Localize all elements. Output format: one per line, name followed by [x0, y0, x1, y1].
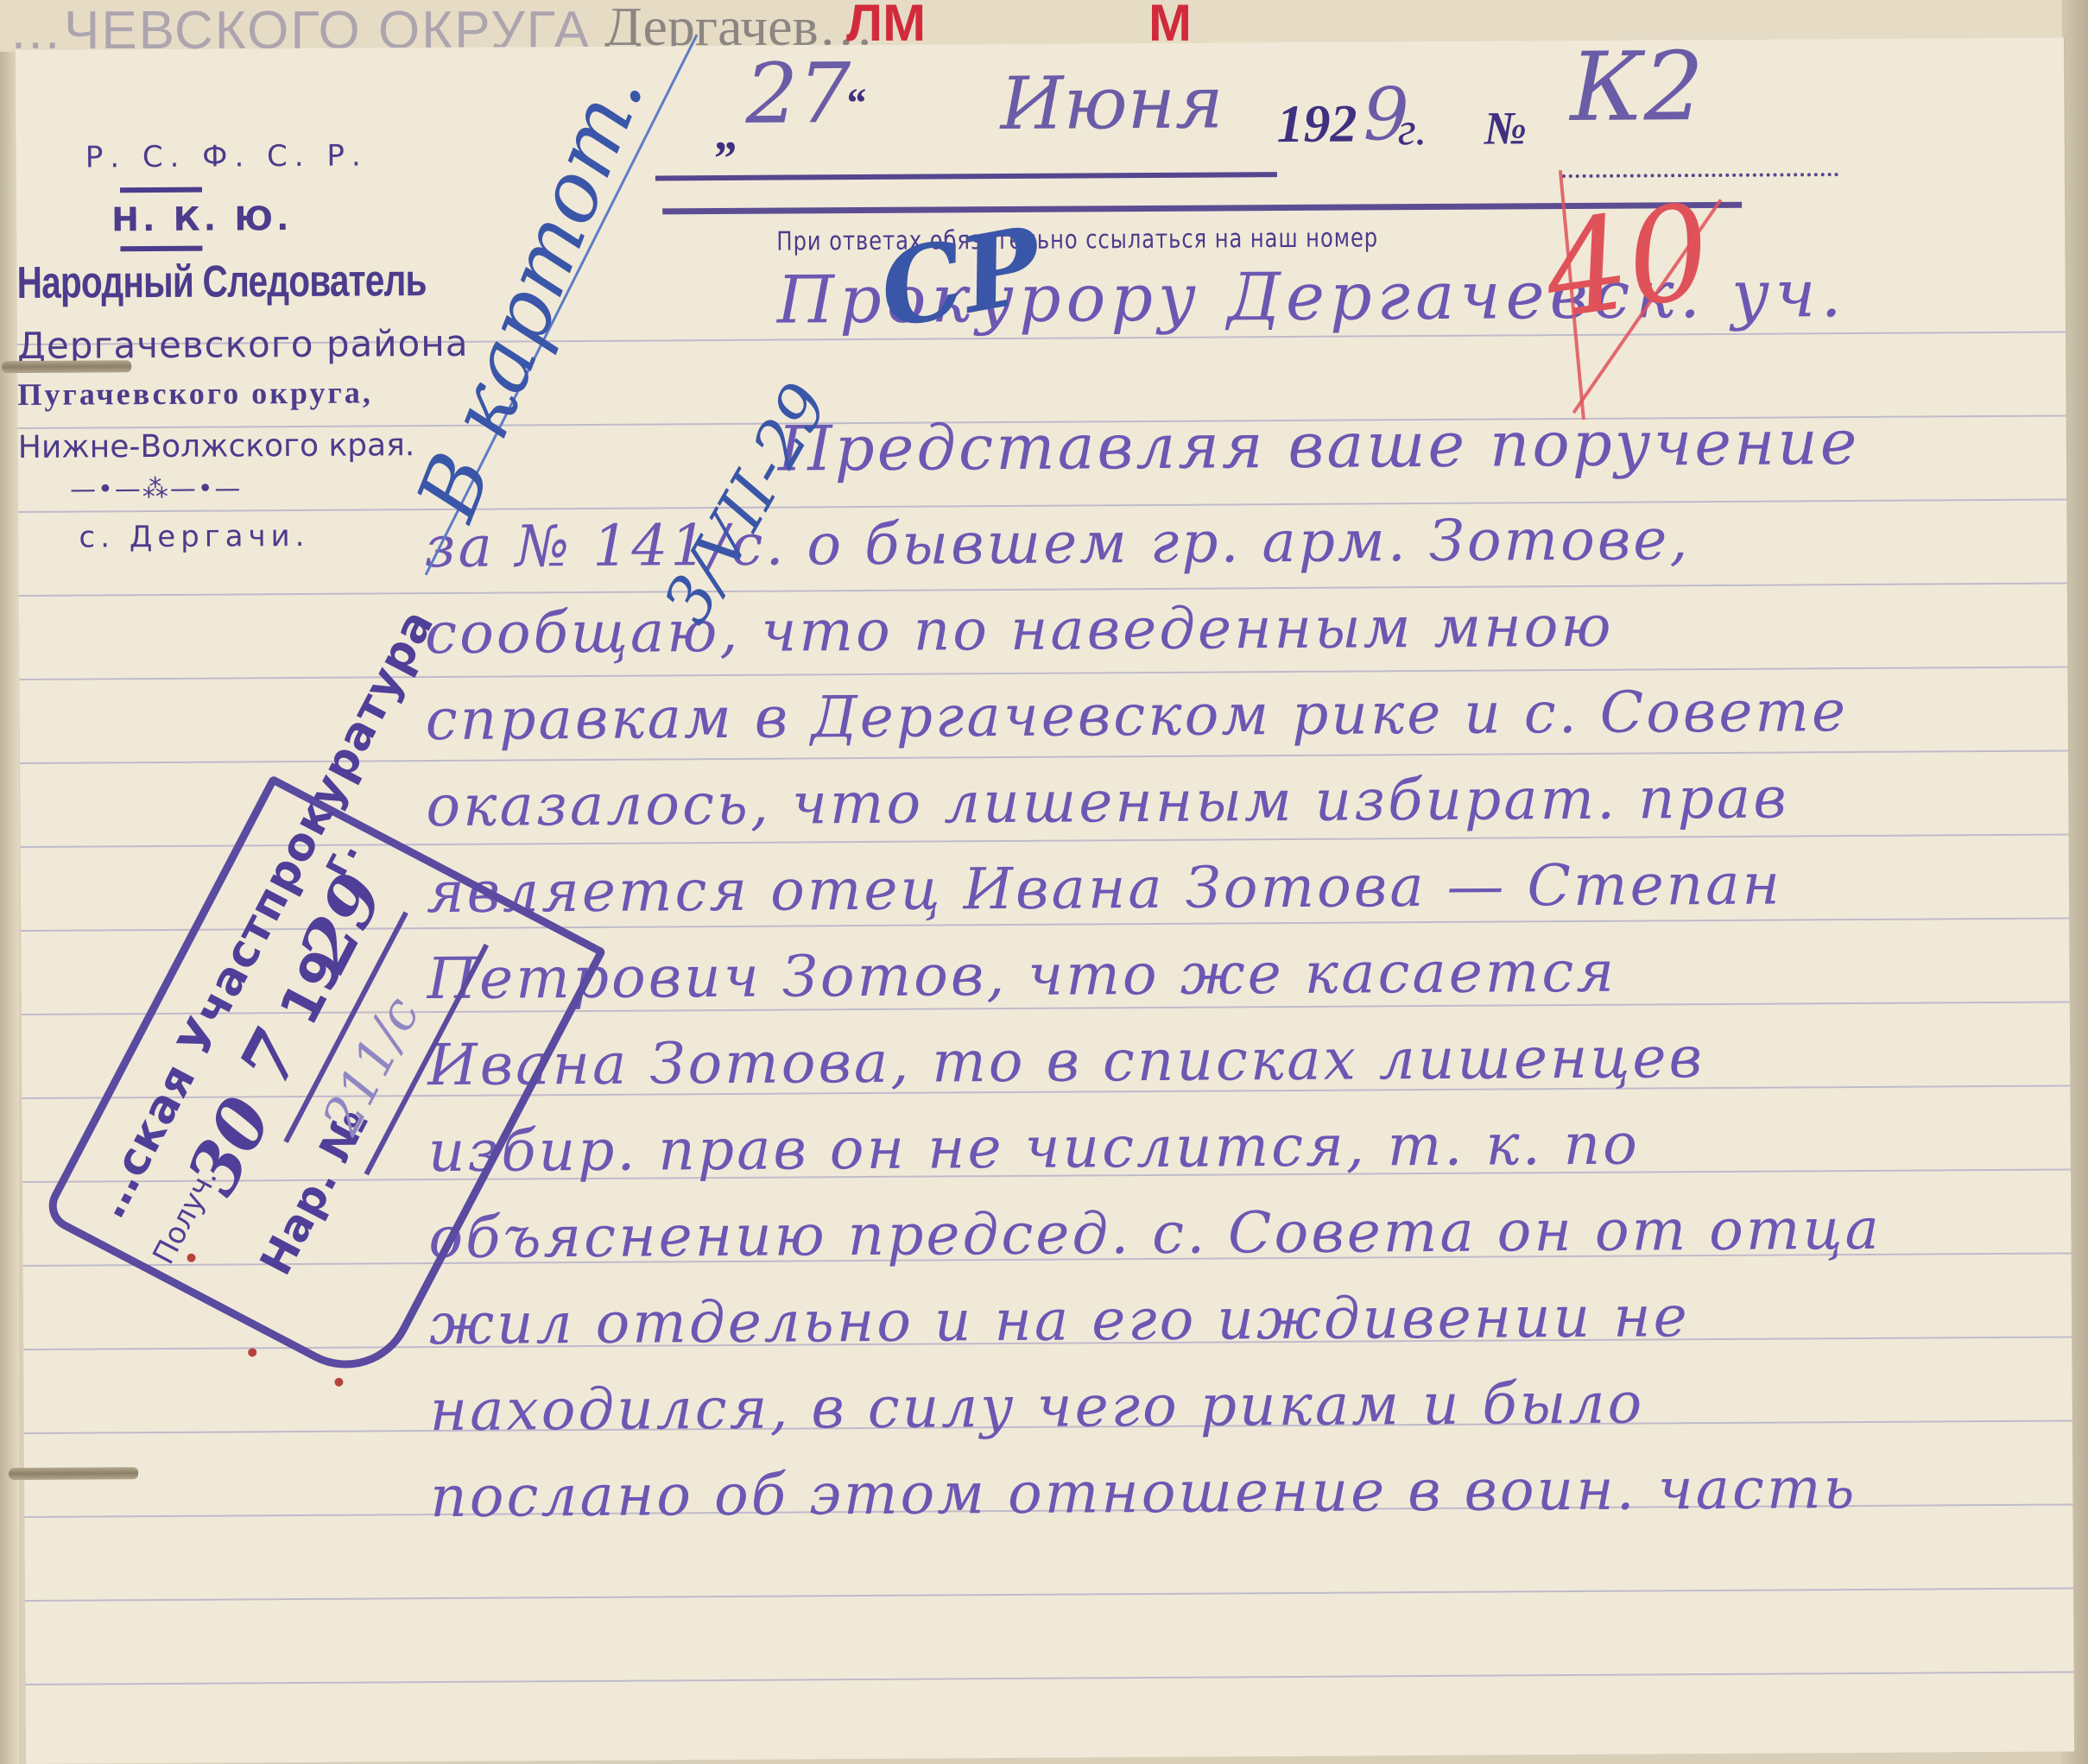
body-line: Петрович Зотов, что же касается — [427, 939, 1617, 1012]
ruled-line — [19, 582, 2067, 596]
ruled-line — [25, 1587, 2073, 1601]
body-line: находился, в силу чего рикам и было — [429, 1370, 1644, 1445]
blue-date-note: 3/VII-29 — [649, 371, 844, 635]
number-underline — [1562, 173, 1838, 181]
letterhead-ornament: —•—⁂—•— — [70, 473, 243, 504]
body-line: за № 141/с. о бывшем гр. арм. Зотове, — [424, 506, 1690, 580]
date-day: 27 — [745, 45, 851, 142]
letterhead-title: Народный Следователь — [16, 255, 426, 309]
ink-spot — [334, 1378, 343, 1387]
body-line: Ивана Зотова, то в списках лишенцев — [427, 1024, 1705, 1098]
date-close-quote: “ — [845, 79, 865, 127]
letterhead-village: с. Дергачи. — [79, 519, 309, 555]
reference-note: При ответах обязательно ссылаться на наш… — [776, 223, 1378, 256]
ink-spot — [248, 1348, 256, 1356]
body-line: Представляя ваше поручение — [778, 406, 1860, 485]
letterhead-okrug: Пугачевского округа, — [17, 374, 373, 413]
letterhead-ministry: Н. К. Ю. — [111, 199, 292, 238]
binding-string — [2, 360, 131, 373]
letterhead-republic: Р. С. Ф. С. Р. — [85, 139, 368, 175]
letter-number: К2 — [1570, 31, 1705, 142]
letterhead-krai: Нижне-Волжского края. — [18, 427, 415, 465]
number-label: № — [1484, 101, 1527, 155]
binding-edge — [0, 52, 19, 1764]
date-year-prefix: 192 — [1276, 94, 1357, 156]
body-line: послано об этом отношение в воин. часть — [430, 1455, 1857, 1530]
ruled-line — [26, 1671, 2074, 1685]
blue-filing-note: В картот. — [398, 57, 662, 532]
date-year-mark: г. — [1397, 102, 1427, 155]
date-month: Июня — [1000, 60, 1224, 146]
body-line: является отец Ивана Зотова — Степан — [427, 851, 1782, 926]
binding-string — [9, 1467, 138, 1480]
body-line: жил отдельно и на его иждивении не — [429, 1283, 1690, 1357]
ink-spot — [187, 1254, 196, 1262]
letterhead-divider — [120, 246, 202, 252]
body-line: избир. прав он не числится, т. к. по — [428, 1111, 1641, 1185]
stamp-received-month: 7 — [224, 1018, 318, 1098]
body-line: объяснению председ. с. Совета он от отца — [428, 1196, 1882, 1271]
body-line: сообщаю, что по наведенным мною — [425, 593, 1614, 667]
date-open-quote: „ — [715, 106, 739, 161]
date-underline — [655, 172, 1277, 180]
body-line: справкам в Дергачевском рике и с. Совете — [426, 678, 1849, 753]
document-page: Р. С. Ф. С. Р. Н. К. Ю. Народный Следова… — [16, 38, 2074, 1764]
body-line: оказалось, что лишенным избират. прав — [426, 764, 1789, 839]
letterhead-divider — [120, 187, 202, 193]
